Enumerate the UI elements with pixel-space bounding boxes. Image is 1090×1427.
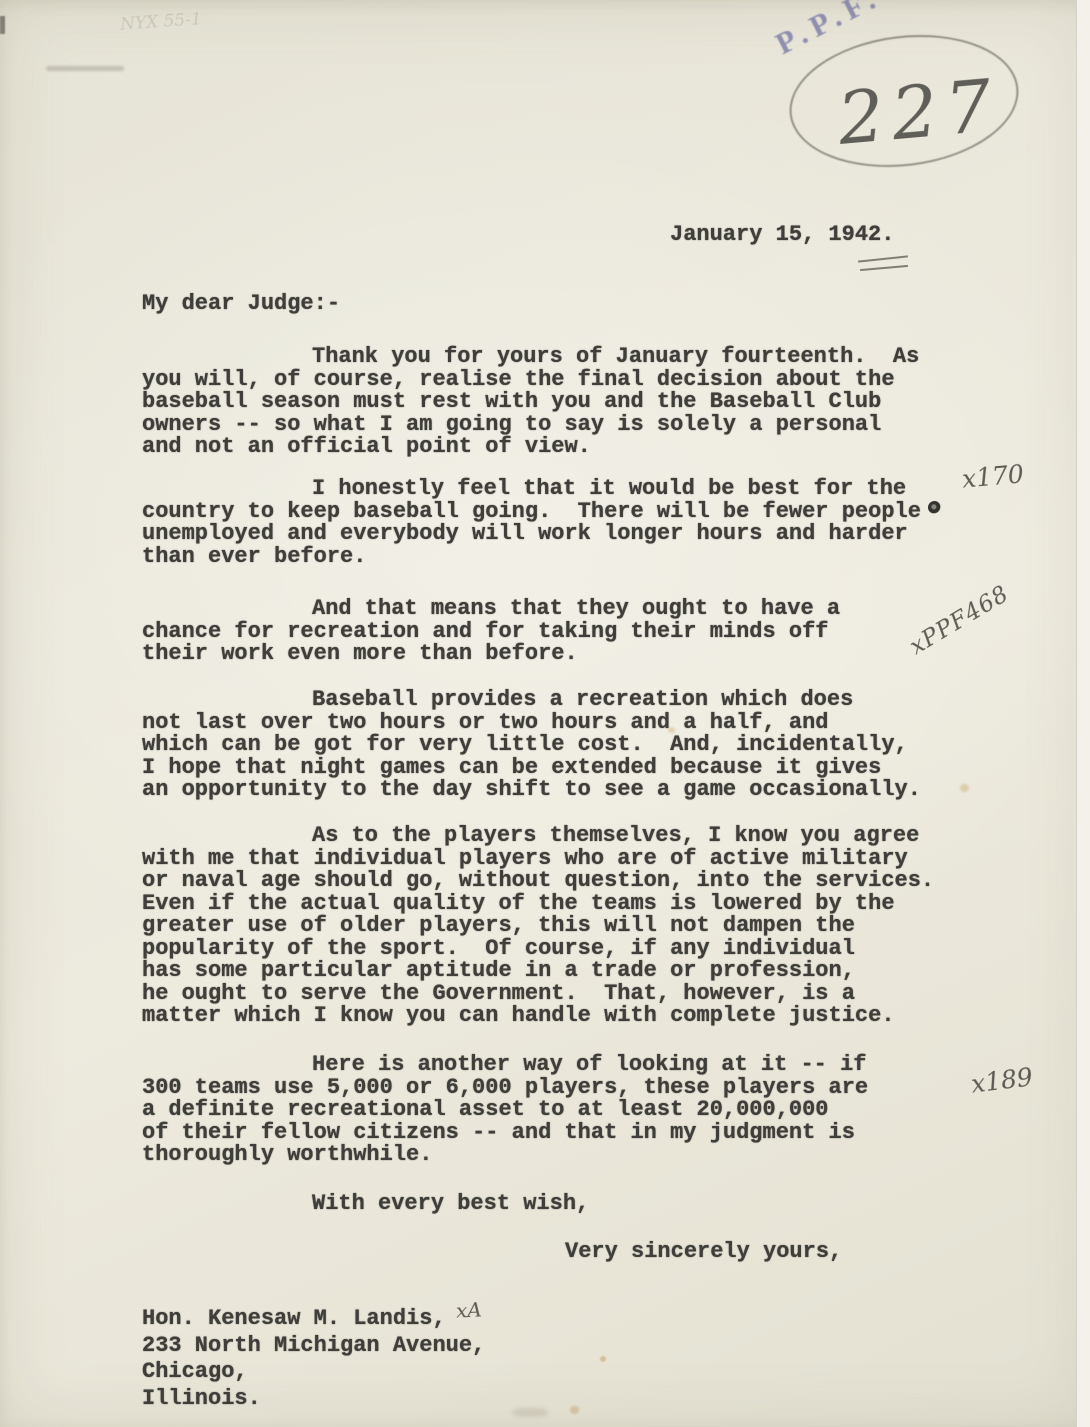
closing-line: With every best wish, bbox=[312, 1193, 589, 1216]
faint-corner-pencil-note: NYX 55-1 bbox=[119, 9, 202, 35]
ink-blot bbox=[928, 501, 941, 514]
margin-note-xppf468: xPPF468 bbox=[905, 581, 1013, 660]
paper-stain bbox=[960, 784, 969, 792]
scanned-letter-page: NYX 55-1 P.P.F. 227 January 15, 1942. My… bbox=[0, 0, 1090, 1427]
pencil-smudge bbox=[46, 66, 124, 71]
letter-paragraph: Thank you for yours of January fourteent… bbox=[142, 346, 919, 459]
file-number: 227 bbox=[835, 63, 1003, 161]
recipient-state: Illinois. bbox=[142, 1386, 261, 1411]
letter-paragraph: And that means that they ought to have a… bbox=[142, 598, 840, 666]
margin-note-x170: x170 bbox=[961, 459, 1025, 493]
date-underline-stroke bbox=[858, 255, 908, 262]
paper-stain bbox=[512, 1408, 548, 1417]
letter-paragraph: Here is another way of looking at it -- … bbox=[142, 1054, 868, 1167]
letter-paragraph: Baseball provides a recreation which doe… bbox=[142, 689, 921, 802]
letter-paragraph: I honestly feel that it would be best fo… bbox=[142, 478, 921, 568]
edge-ink-speck bbox=[0, 16, 5, 34]
letter-paragraph: As to the players themselves, I know you… bbox=[142, 825, 934, 1028]
date-line: January 15, 1942. bbox=[670, 224, 894, 247]
recipient-street: 233 North Michigan Avenue, bbox=[142, 1333, 485, 1358]
margin-note-x189: x189 bbox=[969, 1062, 1034, 1098]
paper-stain bbox=[570, 1406, 579, 1414]
paper-stain bbox=[668, 727, 675, 733]
recipient-pencil-note: xA bbox=[455, 1297, 482, 1322]
paper-stain bbox=[600, 1356, 606, 1362]
recipient-city: Chicago, bbox=[142, 1359, 248, 1384]
recipient-address-block: Hon. Kenesaw M. Landis, 233 North Michig… bbox=[142, 1306, 485, 1412]
scan-edge bbox=[1076, 0, 1090, 1427]
salutation: My dear Judge:- bbox=[142, 293, 340, 316]
signoff-line: Very sincerely yours, bbox=[565, 1241, 842, 1264]
recipient-name: Hon. Kenesaw M. Landis, bbox=[142, 1306, 446, 1331]
date-underline-stroke bbox=[860, 265, 908, 271]
